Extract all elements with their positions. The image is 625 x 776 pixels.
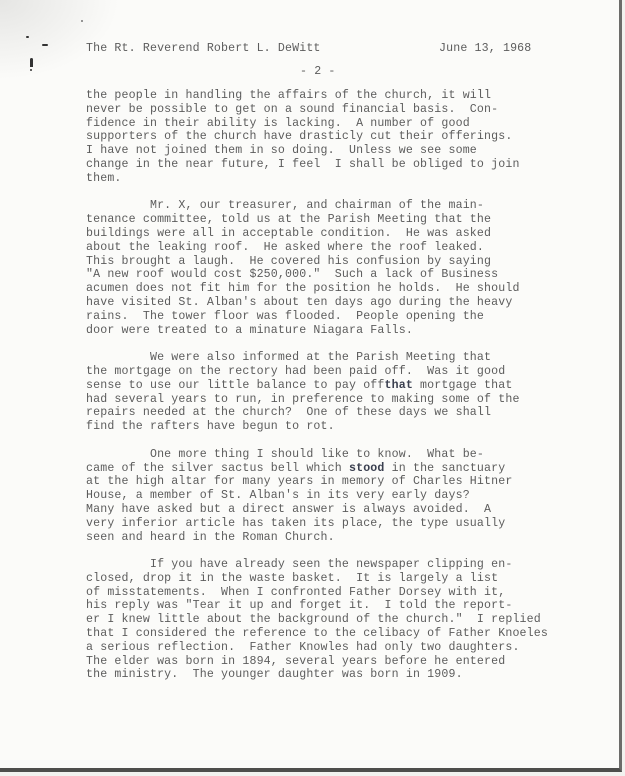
text-line: supporters of the church have drasticly …	[86, 130, 596, 144]
text-line: seen and heard in the Roman Church.	[86, 531, 596, 545]
text-line: er I knew little about the background of…	[86, 613, 596, 627]
paragraph: Mr. X, our treasurer, and chairman of th…	[86, 199, 596, 337]
text-line: change in the near future, I feel I shal…	[86, 158, 596, 172]
text-line: of misstatements. When I confronted Fath…	[86, 586, 596, 600]
text-line: Many have asked but a direct answer is a…	[86, 503, 596, 517]
text-line: the ministry. The younger daughter was b…	[86, 668, 596, 682]
text-line: House, a member of St. Alban's in its ve…	[86, 489, 596, 503]
letter-body: the people in handling the affairs of th…	[86, 89, 596, 682]
text-line: repairs needed at the church? One of the…	[86, 406, 596, 420]
text-line: rains. The tower floor was flooded. Peop…	[86, 310, 596, 324]
text-line: door were treated to a minature Niagara …	[86, 324, 596, 338]
ink-speck	[42, 44, 48, 46]
text-line: his reply was "Tear it up and forget it.…	[86, 599, 596, 613]
paragraph: We were also informed at the Parish Meet…	[86, 351, 596, 434]
text-line: Mr. X, our treasurer, and chairman of th…	[86, 199, 596, 213]
typed-correction: stood	[349, 462, 385, 475]
text-line: find the rafters have begun to rot.	[86, 420, 596, 434]
addressee: The Rt. Reverend Robert L. DeWitt	[86, 42, 321, 55]
paragraph: One more thing I should like to know. Wh…	[86, 448, 596, 545]
ink-speck	[26, 36, 29, 38]
typed-correction: that	[385, 379, 413, 392]
letter-page: The Rt. Reverend Robert L. DeWitt June 1…	[0, 0, 622, 772]
text-line: that I considered the reference to the c…	[86, 627, 596, 641]
text-line: buildings were all in acceptable conditi…	[86, 227, 596, 241]
text-line: If you have already seen the newspaper c…	[86, 558, 596, 572]
text-line: sense to use our little balance to pay o…	[86, 379, 596, 393]
paragraph: If you have already seen the newspaper c…	[86, 558, 596, 682]
text-line: never be possible to get on a sound fina…	[86, 103, 596, 117]
text-line: "A new roof would cost $250,000." Such a…	[86, 268, 596, 282]
text-line: acumen does not fit him for the position…	[86, 282, 596, 296]
text-line: them.	[86, 172, 596, 186]
paragraph: the people in handling the affairs of th…	[86, 89, 596, 186]
text-line: One more thing I should like to know. Wh…	[86, 448, 596, 462]
letter-date: June 13, 1968	[439, 42, 531, 55]
text-line: have visited St. Alban's about ten days …	[86, 296, 596, 310]
ink-speck	[81, 20, 83, 22]
text-line: at the high altar for many years in memo…	[86, 475, 596, 489]
text-line: I have not joined them in so doing. Unle…	[86, 144, 596, 158]
text-line: The elder was born in 1894, several year…	[86, 655, 596, 669]
text-line: closed, drop it in the waste basket. It …	[86, 572, 596, 586]
text-line: very inferior article has taken its plac…	[86, 517, 596, 531]
text-line: a serious reflection. Father Knowles had…	[86, 641, 596, 655]
text-line: tenance committee, told us at the Parish…	[86, 213, 596, 227]
text-line: came of the silver sactus bell which sto…	[86, 462, 596, 476]
text-line: We were also informed at the Parish Meet…	[86, 351, 596, 365]
text-line: fidence in their ability is lacking. A n…	[86, 117, 596, 131]
ink-speck	[30, 69, 32, 71]
text-line: had several years to run, in preference …	[86, 393, 596, 407]
page-number: - 2 -	[300, 65, 336, 78]
text-line: This brought a laugh. He covered his con…	[86, 255, 596, 269]
text-line: the mortgage on the rectory had been pai…	[86, 365, 596, 379]
ink-speck	[30, 58, 33, 67]
text-line: the people in handling the affairs of th…	[86, 89, 596, 103]
text-line: about the leaking roof. He asked where t…	[86, 241, 596, 255]
